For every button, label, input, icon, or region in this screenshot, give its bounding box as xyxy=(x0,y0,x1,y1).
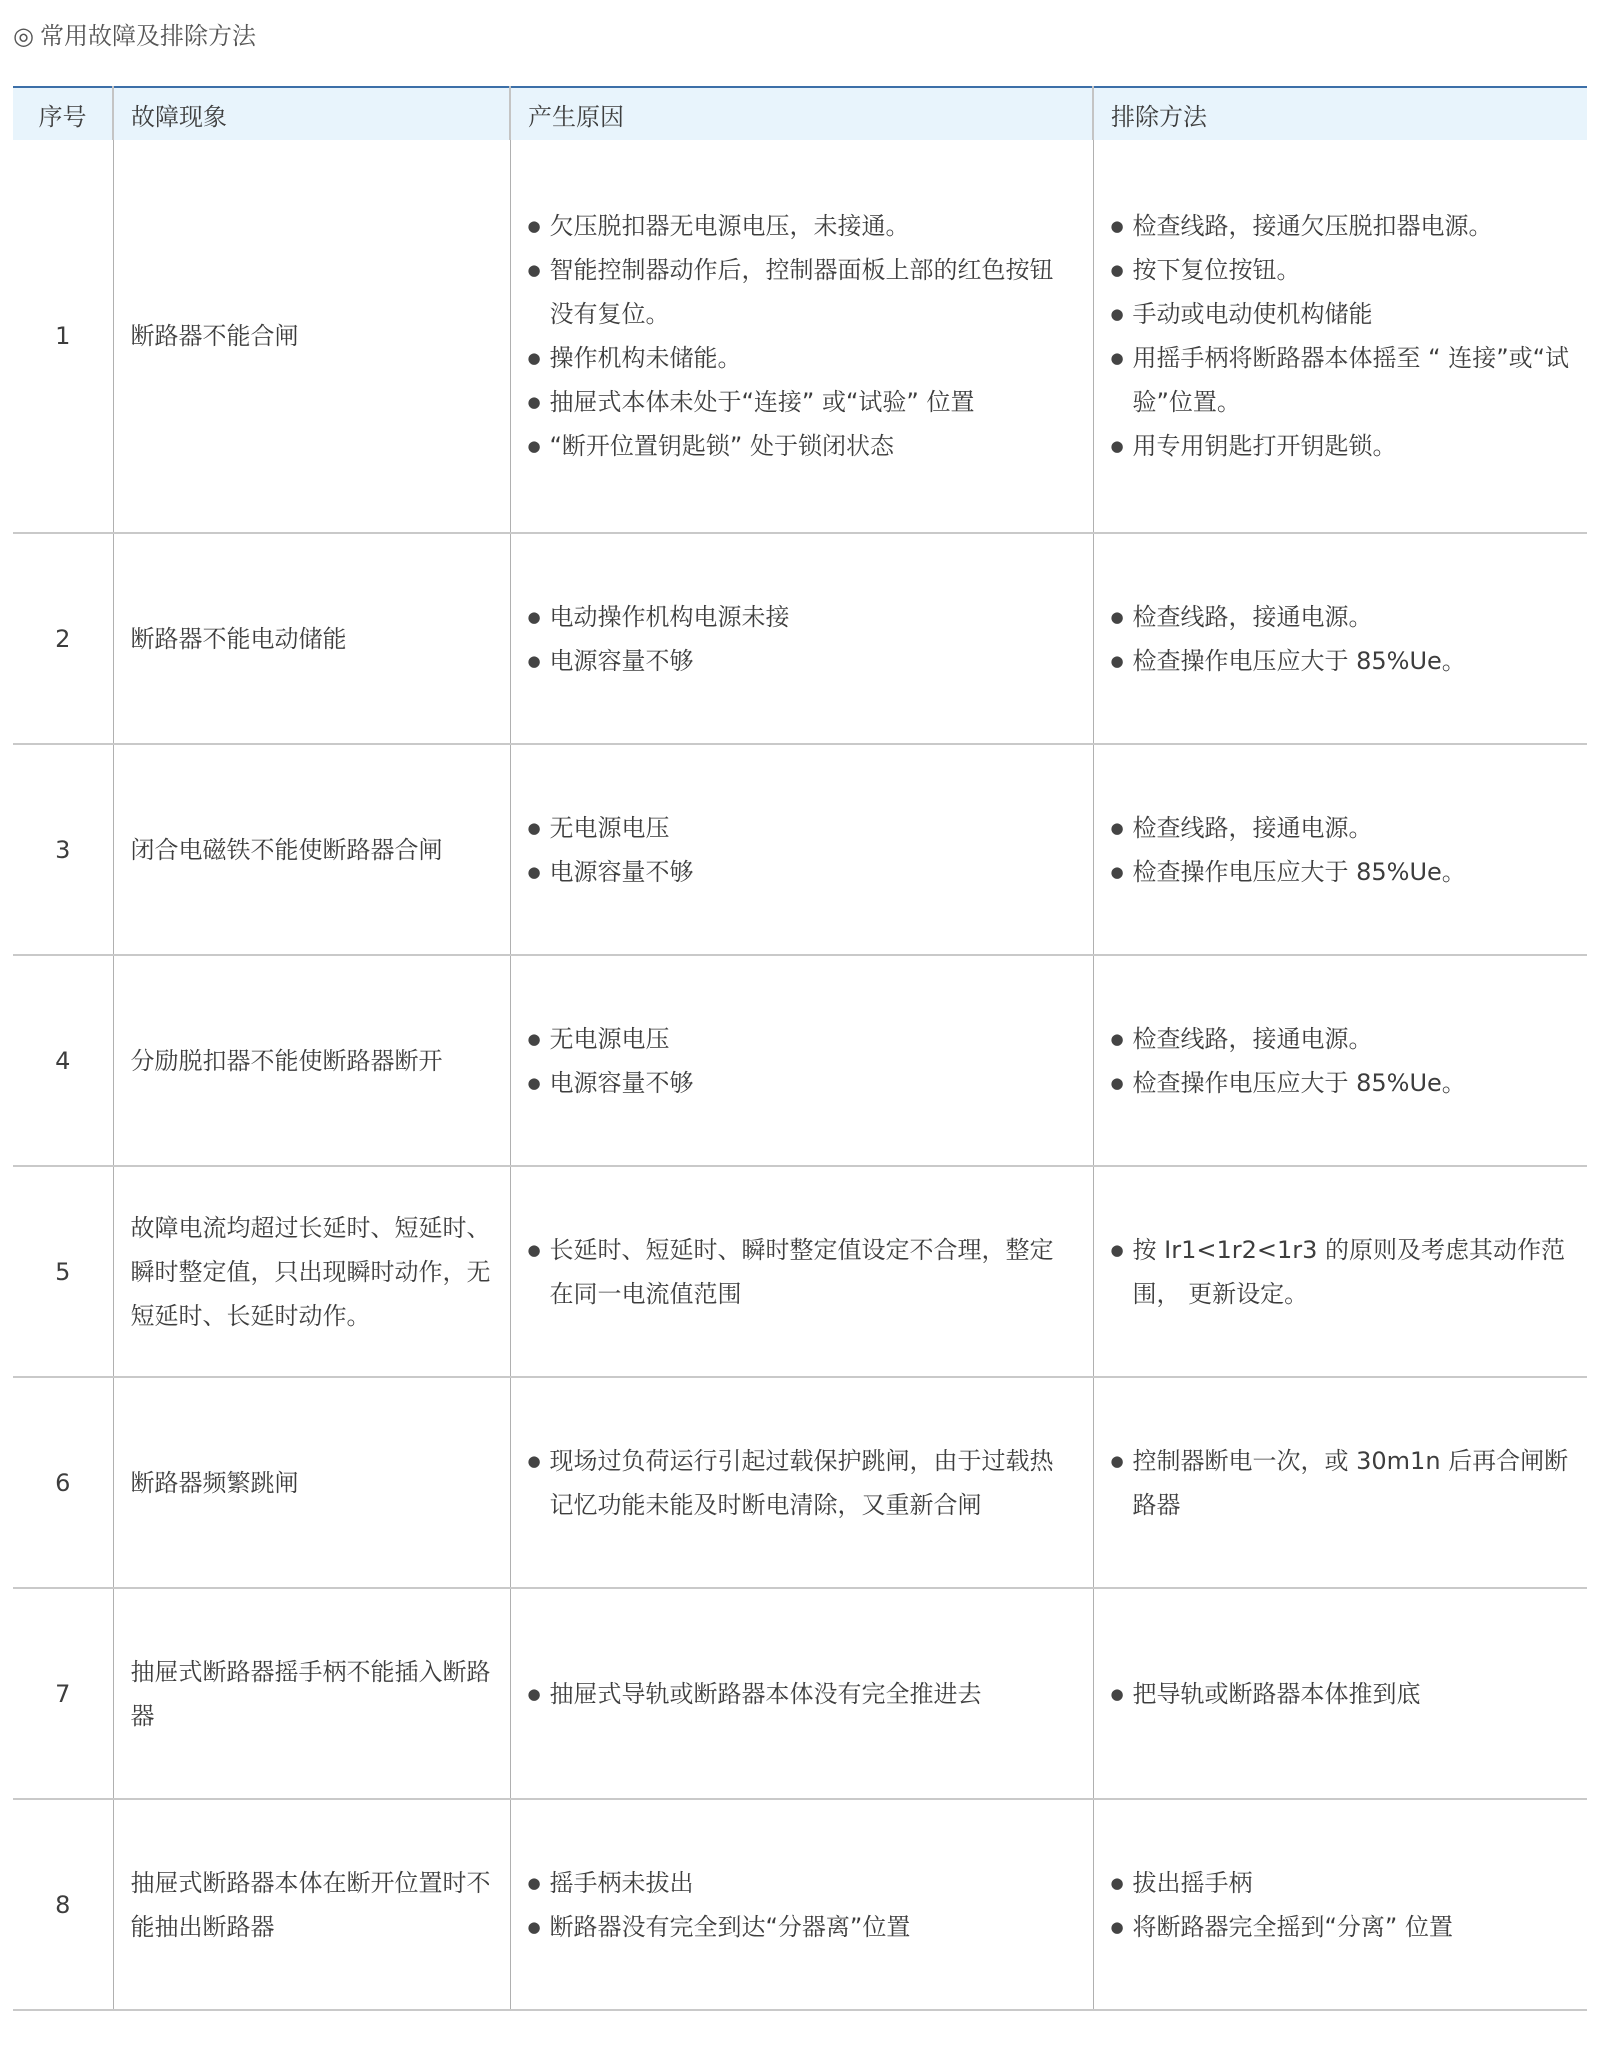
table-row: 2 断路器不能电动储能 电动操作机构电源未接 电源容量不够 检查线路，接通电源。… xyxy=(13,533,1587,744)
remedy-item: 检查操作电压应大于 85%Ue。 xyxy=(1111,850,1571,894)
cell-no: 8 xyxy=(13,1799,113,2010)
remedy-list: 把导轨或断路器本体推到底 xyxy=(1111,1672,1571,1716)
remedy-list: 检查线路，接通欠压脱扣器电源。 按下复位按钮。 手动或电动使机构储能 用摇手柄将… xyxy=(1111,204,1571,468)
cause-item: 电源容量不够 xyxy=(528,1061,1076,1105)
remedy-item: 用专用钥匙打开钥匙锁。 xyxy=(1111,424,1571,468)
cause-item: 摇手柄未拔出 xyxy=(528,1861,1076,1905)
cell-no: 3 xyxy=(13,744,113,955)
header-cause: 产生原因 xyxy=(510,87,1093,140)
remedy-list: 按 Ir1<1r2<1r3 的原则及考虑其动作范围， 更新设定。 xyxy=(1111,1228,1571,1316)
cell-no: 7 xyxy=(13,1588,113,1799)
cause-item: 操作机构未储能。 xyxy=(528,336,1076,380)
table-row: 6 断路器频繁跳闸 现场过负荷运行引起过载保护跳闸，由于过载热记忆功能未能及时断… xyxy=(13,1377,1587,1588)
cell-symptom: 断路器不能电动储能 xyxy=(113,533,510,744)
table-row: 8 抽屉式断路器本体在断开位置时不能抽出断路器 摇手柄未拔出 断路器没有完全到达… xyxy=(13,1799,1587,2010)
cell-no: 6 xyxy=(13,1377,113,1588)
remedy-item: 检查线路，接通电源。 xyxy=(1111,1017,1571,1061)
table-row: 1 断路器不能合闸 欠压脱扣器无电源电压，未接通。 智能控制器动作后，控制器面板… xyxy=(13,140,1587,533)
cell-remedies: 检查线路，接通电源。 检查操作电压应大于 85%Ue。 xyxy=(1093,955,1587,1166)
cause-list: 抽屉式导轨或断路器本体没有完全推进去 xyxy=(528,1672,1076,1716)
cell-causes: 抽屉式导轨或断路器本体没有完全推进去 xyxy=(510,1588,1093,1799)
table-row: 3 闭合电磁铁不能使断路器合闸 无电源电压 电源容量不够 检查线路，接通电源。 … xyxy=(13,744,1587,955)
double-circle-icon: ◎ xyxy=(13,22,34,50)
remedy-item: 用摇手柄将断路器本体摇至 “ 连接”或“试验”位置。 xyxy=(1111,336,1571,424)
cause-item: 电源容量不够 xyxy=(528,850,1076,894)
cause-list: 摇手柄未拔出 断路器没有完全到达“分器离”位置 xyxy=(528,1861,1076,1949)
table-header-row: 序号 故障现象 产生原因 排除方法 xyxy=(13,87,1587,140)
table-row: 5 故障电流均超过长延时、短延时、瞬时整定值，只出现瞬时动作，无短延时、长延时动… xyxy=(13,1166,1587,1377)
cell-symptom: 抽屉式断路器本体在断开位置时不能抽出断路器 xyxy=(113,1799,510,2010)
cause-item: 抽屉式本体未处于“连接” 或“试验” 位置 xyxy=(528,380,1076,424)
remedy-list: 检查线路，接通电源。 检查操作电压应大于 85%Ue。 xyxy=(1111,806,1571,894)
remedy-item: 按下复位按钮。 xyxy=(1111,248,1571,292)
remedy-item: 检查操作电压应大于 85%Ue。 xyxy=(1111,639,1571,683)
cell-remedies: 把导轨或断路器本体推到底 xyxy=(1093,1588,1587,1799)
section-title-text: 常用故障及排除方法 xyxy=(40,22,256,50)
cell-symptom: 故障电流均超过长延时、短延时、瞬时整定值，只出现瞬时动作，无短延时、长延时动作。 xyxy=(113,1166,510,1377)
remedy-item: 检查线路，接通电源。 xyxy=(1111,806,1571,850)
section-title: ◎常用故障及排除方法 xyxy=(13,18,256,54)
cause-item: 电源容量不够 xyxy=(528,639,1076,683)
cell-causes: 长延时、短延时、瞬时整定值设定不合理，整定在同一电流值范围 xyxy=(510,1166,1093,1377)
cell-no: 2 xyxy=(13,533,113,744)
cell-remedies: 检查线路，接通欠压脱扣器电源。 按下复位按钮。 手动或电动使机构储能 用摇手柄将… xyxy=(1093,140,1587,533)
cell-remedies: 拔出摇手柄 将断路器完全摇到“分离” 位置 xyxy=(1093,1799,1587,2010)
cell-symptom: 断路器频繁跳闸 xyxy=(113,1377,510,1588)
fault-table: 序号 故障现象 产生原因 排除方法 1 断路器不能合闸 欠压脱扣器无电源电压，未… xyxy=(13,86,1587,2011)
cause-list: 现场过负荷运行引起过载保护跳闸，由于过载热记忆功能未能及时断电清除，又重新合闸 xyxy=(528,1439,1076,1527)
remedy-list: 拔出摇手柄 将断路器完全摇到“分离” 位置 xyxy=(1111,1861,1571,1949)
cause-list: 电动操作机构电源未接 电源容量不够 xyxy=(528,595,1076,683)
cause-list: 长延时、短延时、瞬时整定值设定不合理，整定在同一电流值范围 xyxy=(528,1228,1076,1316)
remedy-item: 检查操作电压应大于 85%Ue。 xyxy=(1111,1061,1571,1105)
cell-symptom: 分励脱扣器不能使断路器断开 xyxy=(113,955,510,1166)
cause-list: 无电源电压 电源容量不够 xyxy=(528,1017,1076,1105)
cause-item: 长延时、短延时、瞬时整定值设定不合理，整定在同一电流值范围 xyxy=(528,1228,1076,1316)
remedy-item: 控制器断电一次，或 30m1n 后再合闸断路器 xyxy=(1111,1439,1571,1527)
cause-item: 抽屉式导轨或断路器本体没有完全推进去 xyxy=(528,1672,1076,1716)
cause-list: 欠压脱扣器无电源电压，未接通。 智能控制器动作后，控制器面板上部的红色按钮没有复… xyxy=(528,204,1076,468)
cell-no: 4 xyxy=(13,955,113,1166)
cell-causes: 摇手柄未拔出 断路器没有完全到达“分器离”位置 xyxy=(510,1799,1093,2010)
cell-no: 1 xyxy=(13,140,113,533)
header-symptom: 故障现象 xyxy=(113,87,510,140)
remedy-item: 按 Ir1<1r2<1r3 的原则及考虑其动作范围， 更新设定。 xyxy=(1111,1228,1571,1316)
table-row: 4 分励脱扣器不能使断路器断开 无电源电压 电源容量不够 检查线路，接通电源。 … xyxy=(13,955,1587,1166)
cell-causes: 无电源电压 电源容量不够 xyxy=(510,955,1093,1166)
cell-remedies: 检查线路，接通电源。 检查操作电压应大于 85%Ue。 xyxy=(1093,744,1587,955)
cell-causes: 现场过负荷运行引起过载保护跳闸，由于过载热记忆功能未能及时断电清除，又重新合闸 xyxy=(510,1377,1093,1588)
table-row: 7 抽屉式断路器摇手柄不能插入断路器 抽屉式导轨或断路器本体没有完全推进去 把导… xyxy=(13,1588,1587,1799)
cell-symptom: 闭合电磁铁不能使断路器合闸 xyxy=(113,744,510,955)
cell-remedies: 检查线路，接通电源。 检查操作电压应大于 85%Ue。 xyxy=(1093,533,1587,744)
cause-item: 断路器没有完全到达“分器离”位置 xyxy=(528,1905,1076,1949)
cell-remedies: 按 Ir1<1r2<1r3 的原则及考虑其动作范围， 更新设定。 xyxy=(1093,1166,1587,1377)
remedy-item: 检查线路，接通欠压脱扣器电源。 xyxy=(1111,204,1571,248)
remedy-list: 检查线路，接通电源。 检查操作电压应大于 85%Ue。 xyxy=(1111,595,1571,683)
header-no: 序号 xyxy=(13,87,113,140)
cause-item: 智能控制器动作后，控制器面板上部的红色按钮没有复位。 xyxy=(528,248,1076,336)
cause-item: 电动操作机构电源未接 xyxy=(528,595,1076,639)
cause-item: 现场过负荷运行引起过载保护跳闸，由于过载热记忆功能未能及时断电清除，又重新合闸 xyxy=(528,1439,1076,1527)
remedy-list: 控制器断电一次，或 30m1n 后再合闸断路器 xyxy=(1111,1439,1571,1527)
cause-item: 无电源电压 xyxy=(528,806,1076,850)
cell-no: 5 xyxy=(13,1166,113,1377)
cell-causes: 电动操作机构电源未接 电源容量不够 xyxy=(510,533,1093,744)
cause-item: 欠压脱扣器无电源电压，未接通。 xyxy=(528,204,1076,248)
header-remedy: 排除方法 xyxy=(1093,87,1587,140)
remedy-item: 拔出摇手柄 xyxy=(1111,1861,1571,1905)
remedy-item: 把导轨或断路器本体推到底 xyxy=(1111,1672,1571,1716)
cause-item: 无电源电压 xyxy=(528,1017,1076,1061)
cell-remedies: 控制器断电一次，或 30m1n 后再合闸断路器 xyxy=(1093,1377,1587,1588)
cell-symptom: 断路器不能合闸 xyxy=(113,140,510,533)
cause-list: 无电源电压 电源容量不够 xyxy=(528,806,1076,894)
remedy-item: 检查线路，接通电源。 xyxy=(1111,595,1571,639)
cell-causes: 欠压脱扣器无电源电压，未接通。 智能控制器动作后，控制器面板上部的红色按钮没有复… xyxy=(510,140,1093,533)
cause-item: “断开位置钥匙锁” 处于锁闭状态 xyxy=(528,424,1076,468)
cell-causes: 无电源电压 电源容量不够 xyxy=(510,744,1093,955)
remedy-item: 手动或电动使机构储能 xyxy=(1111,292,1571,336)
cell-symptom: 抽屉式断路器摇手柄不能插入断路器 xyxy=(113,1588,510,1799)
remedy-list: 检查线路，接通电源。 检查操作电压应大于 85%Ue。 xyxy=(1111,1017,1571,1105)
remedy-item: 将断路器完全摇到“分离” 位置 xyxy=(1111,1905,1571,1949)
